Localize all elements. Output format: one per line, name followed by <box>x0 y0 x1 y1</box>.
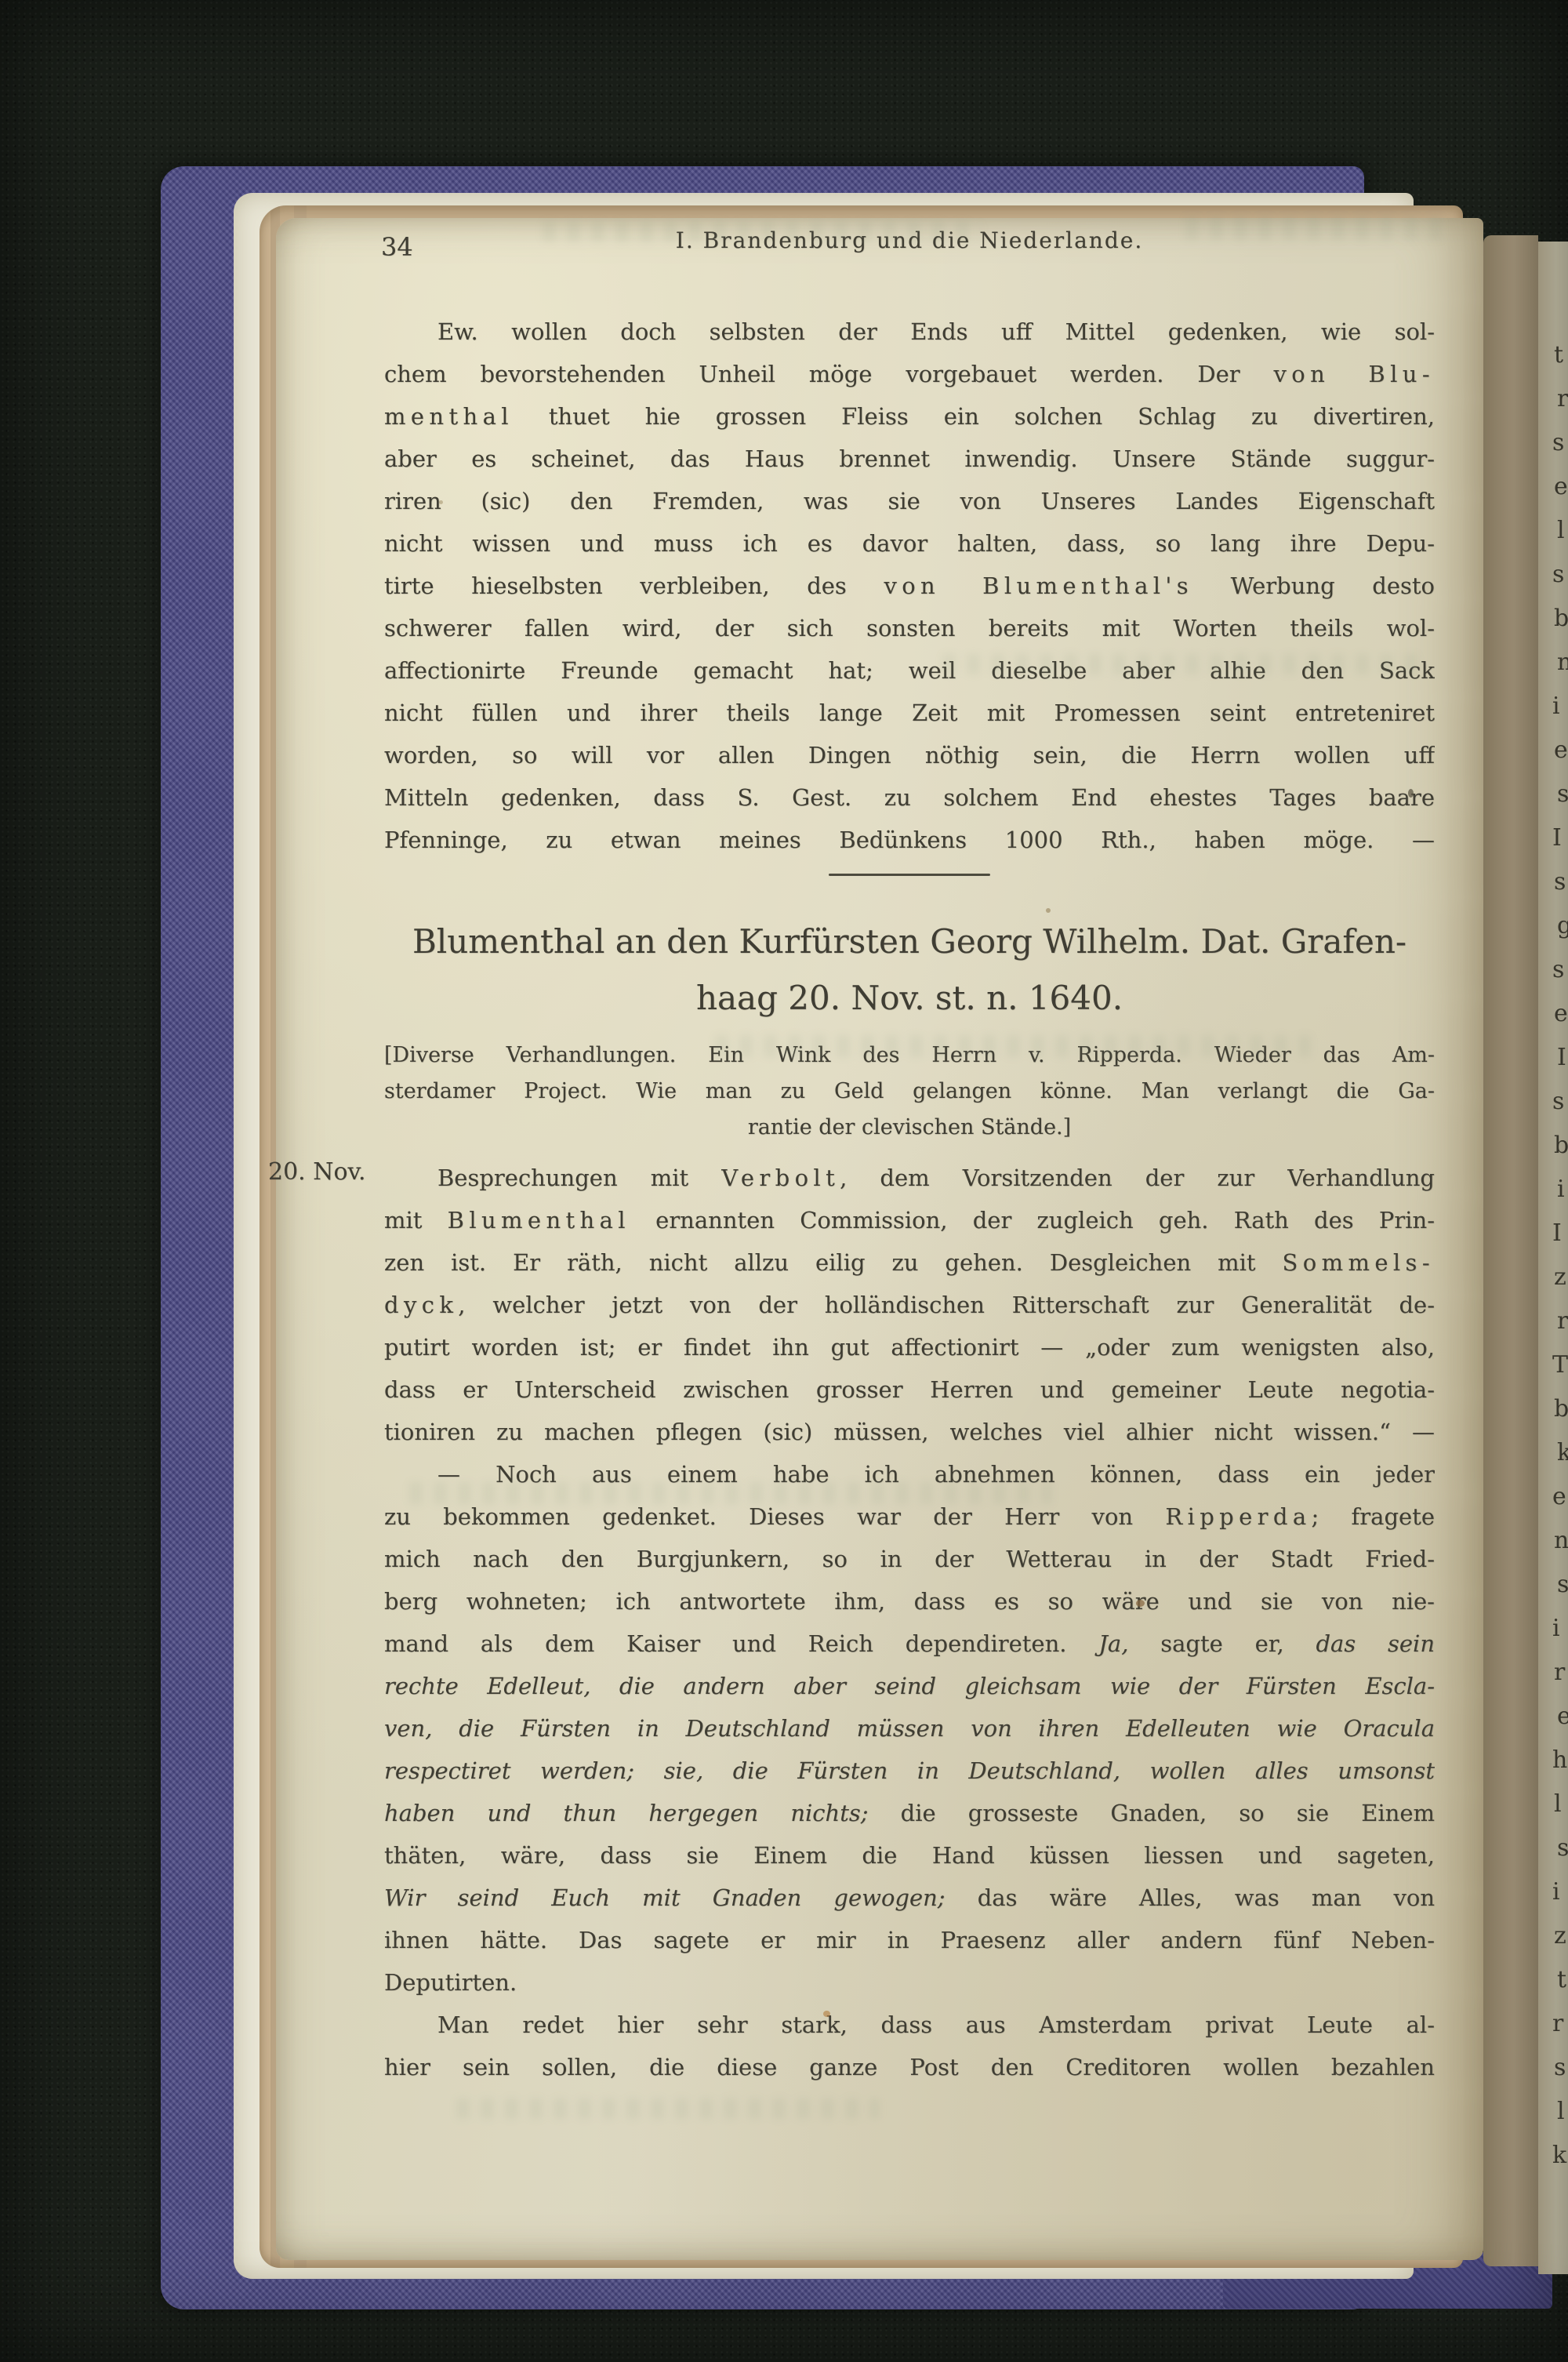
edge-letter-fragment: e <box>1552 1485 1566 1509</box>
text-line: menthal thuet hie grossen Fleiss ein sol… <box>384 395 1435 438</box>
edge-letter-fragment: t <box>1554 343 1563 367</box>
body-paragraph: Man redet hier sehr stark, dass aus Amst… <box>384 2004 1435 2088</box>
page-number: 34 <box>381 232 413 262</box>
text-line: riren (sic) den Fremden, was sie von Uns… <box>384 480 1435 522</box>
edge-letter-fragment: e <box>1554 1002 1568 1026</box>
text-line: aber es scheinet, das Haus brennet inwen… <box>384 438 1435 480</box>
text-line: chem bevorstehenden Unheil möge vorgebau… <box>384 353 1435 395</box>
edge-letter-fragment: r <box>1552 2012 1563 2036</box>
page-header: 34 I. Brandenburg und die Niederlande. <box>384 227 1435 262</box>
edge-letter-fragment: e <box>1554 475 1568 499</box>
text-line: zu bekommen gedenket. Dieses war der Her… <box>384 1495 1435 1538</box>
edge-letter-fragment: s <box>1554 870 1566 894</box>
text-line: schwerer fallen wird, der sich sonsten b… <box>384 607 1435 649</box>
text-line: Pfenninge, zu etwan meines Bedünkens 100… <box>384 819 1435 861</box>
edge-letter-fragment: b <box>1554 607 1568 630</box>
text-line: Mitteln gedenken, dass S. Gest. zu solch… <box>384 776 1435 819</box>
edge-letter-fragment: k <box>1552 2144 1566 2168</box>
separator-rule <box>829 874 990 876</box>
edge-letter-fragment: i <box>1557 1178 1565 1201</box>
text-line: dass er Unterscheid zwischen grosser Her… <box>384 1368 1435 1411</box>
heading-line: haag 20. Nov. st. n. 1640. <box>384 970 1435 1027</box>
text-line: thäten, wäre, dass sie Einem die Hand kü… <box>384 1834 1435 1877</box>
edge-letter-fragment: k <box>1557 1441 1568 1465</box>
facing-page-edge: trselsbniesIsgseIsbiIzrTbkensirehlsiztrs… <box>1538 242 1568 2274</box>
edge-letter-fragment: i <box>1552 1617 1560 1641</box>
body-paragraph: Ew. wollen doch selbsten der Ends uff Mi… <box>384 311 1435 861</box>
text-line: nicht wissen und muss ich es davor halte… <box>384 522 1435 565</box>
edge-letter-fragment: r <box>1557 387 1568 411</box>
text-line: affectionirte Freunde gemacht hat; weil … <box>384 649 1435 692</box>
edge-letter-fragment: I <box>1552 1222 1562 1245</box>
photographed-book-scene: 34 I. Brandenburg und die Niederlande. E… <box>0 0 1568 2362</box>
edge-letter-fragment: e <box>1557 1705 1568 1728</box>
book-page: 34 I. Brandenburg und die Niederlande. E… <box>276 218 1483 2260</box>
body-paragraph: Besprechungen mit Verbolt, dem Vorsitzen… <box>384 1157 1435 1453</box>
edge-letter-fragment: l <box>1554 1793 1562 1816</box>
edge-letter-fragment: n <box>1554 1529 1568 1553</box>
edge-letter-fragment: l <box>1557 519 1565 543</box>
edge-letter-fragment: I <box>1552 827 1562 850</box>
edge-letter-fragment: g <box>1557 914 1568 938</box>
summary-line: [Diverse Verhandlungen. Ein Wink des Her… <box>384 1037 1435 1074</box>
text-line: mand als dem Kaiser und Reich dependiret… <box>384 1623 1435 1665</box>
summary-bracket: [Diverse Verhandlungen. Ein Wink des Her… <box>384 1037 1435 1146</box>
text-line: mit Blumenthal ernannten Commission, der… <box>384 1199 1435 1241</box>
edge-letter-fragment: s <box>1557 1837 1568 1860</box>
text-line: tioniren zu machen pflegen (sic) müssen,… <box>384 1411 1435 1453</box>
page-gutter-shadow <box>1483 235 1538 2266</box>
edge-letter-fragment: i <box>1552 695 1560 718</box>
summary-line: sterdamer Project. Wie man zu Geld gelan… <box>384 1074 1435 1110</box>
text-line: dyck, welcher jetzt von der holländische… <box>384 1284 1435 1326</box>
text-line: Deputirten. <box>384 1961 1435 2004</box>
text-line: ven, die Fürsten in Deutschland müssen v… <box>384 1707 1435 1750</box>
text-line: putirt worden ist; er findet ihn gut aff… <box>384 1326 1435 1368</box>
edge-letter-fragment: s <box>1552 1090 1564 1114</box>
heading-line: Blumenthal an den Kurfürsten Georg Wilhe… <box>384 914 1435 970</box>
edge-letter-fragment: i <box>1552 1881 1560 1904</box>
text-line: hier sein sollen, die diese ganze Post d… <box>384 2046 1435 2088</box>
text-line: Ew. wollen doch selbsten der Ends uff Mi… <box>384 311 1435 353</box>
text-line: nicht füllen und ihrer theils lange Zeit… <box>384 692 1435 734</box>
edge-letter-fragment: z <box>1554 1924 1566 1948</box>
edge-letter-fragment: e <box>1554 739 1568 762</box>
edge-letter-fragment: T <box>1552 1354 1568 1377</box>
edge-letter-fragment: t <box>1557 1968 1566 1992</box>
edge-letter-fragment: b <box>1554 1397 1568 1421</box>
text-line: respectiret werden; sie, die Fürsten in … <box>384 1750 1435 1792</box>
text-line: ihnen hätte. Das sagete er mir in Praese… <box>384 1919 1435 1961</box>
text-line: mich nach den Burgjunkern, so in der Wet… <box>384 1538 1435 1580</box>
edge-letter-fragment: s <box>1557 783 1568 806</box>
text-line: tirte hieselbsten verbleiben, des von Bl… <box>384 565 1435 607</box>
margin-date-note: 20. Nov. <box>268 1158 365 1186</box>
edge-letter-fragment: r <box>1554 1661 1565 1684</box>
text-line: haben und thun hergegen nichts; die gros… <box>384 1792 1435 1834</box>
text-line: Besprechungen mit Verbolt, dem Vorsitzen… <box>384 1157 1435 1199</box>
edge-letter-fragment: s <box>1557 1573 1568 1597</box>
running-header: I. Brandenburg und die Niederlande. <box>384 227 1435 253</box>
letter-heading: Blumenthal an den Kurfürsten Georg Wilhe… <box>384 914 1435 1027</box>
edge-letter-fragment: l <box>1557 2100 1565 2124</box>
summary-line: rantie der clevischen Stände.] <box>384 1110 1435 1146</box>
text-line: zen ist. Er räth, nicht allzu eilig zu g… <box>384 1241 1435 1284</box>
edge-letter-fragment: s <box>1554 2056 1566 2080</box>
edge-letter-fragment: s <box>1552 431 1564 455</box>
edge-letter-fragment: z <box>1554 1266 1566 1289</box>
text-line: — Noch aus einem habe ich abnehmen könne… <box>384 1453 1435 1495</box>
text-line: Wir seind Euch mit Gnaden gewogen; das w… <box>384 1877 1435 1919</box>
edge-letter-fragment: s <box>1552 958 1564 982</box>
edge-letter-fragment: r <box>1557 1310 1568 1333</box>
edge-letter-fragment: I <box>1557 1046 1566 1070</box>
body-paragraph: — Noch aus einem habe ich abnehmen könne… <box>384 1453 1435 2004</box>
edge-letter-fragment: n <box>1557 651 1568 674</box>
text-line: worden, so will vor allen Dingen nöthig … <box>384 734 1435 776</box>
edge-letter-fragment: b <box>1554 1134 1568 1157</box>
text-line: Man redet hier sehr stark, dass aus Amst… <box>384 2004 1435 2046</box>
bleedthrough-smudge <box>456 2099 880 2119</box>
edge-letter-fragment: s <box>1552 563 1564 587</box>
edge-letter-fragment: h <box>1552 1749 1567 1772</box>
text-line: rechte Edelleut, die andern aber seind g… <box>384 1665 1435 1707</box>
page-body-text: Ew. wollen doch selbsten der Ends uff Mi… <box>384 311 1435 2088</box>
text-line: berg wohneten; ich antwortete ihm, dass … <box>384 1580 1435 1623</box>
